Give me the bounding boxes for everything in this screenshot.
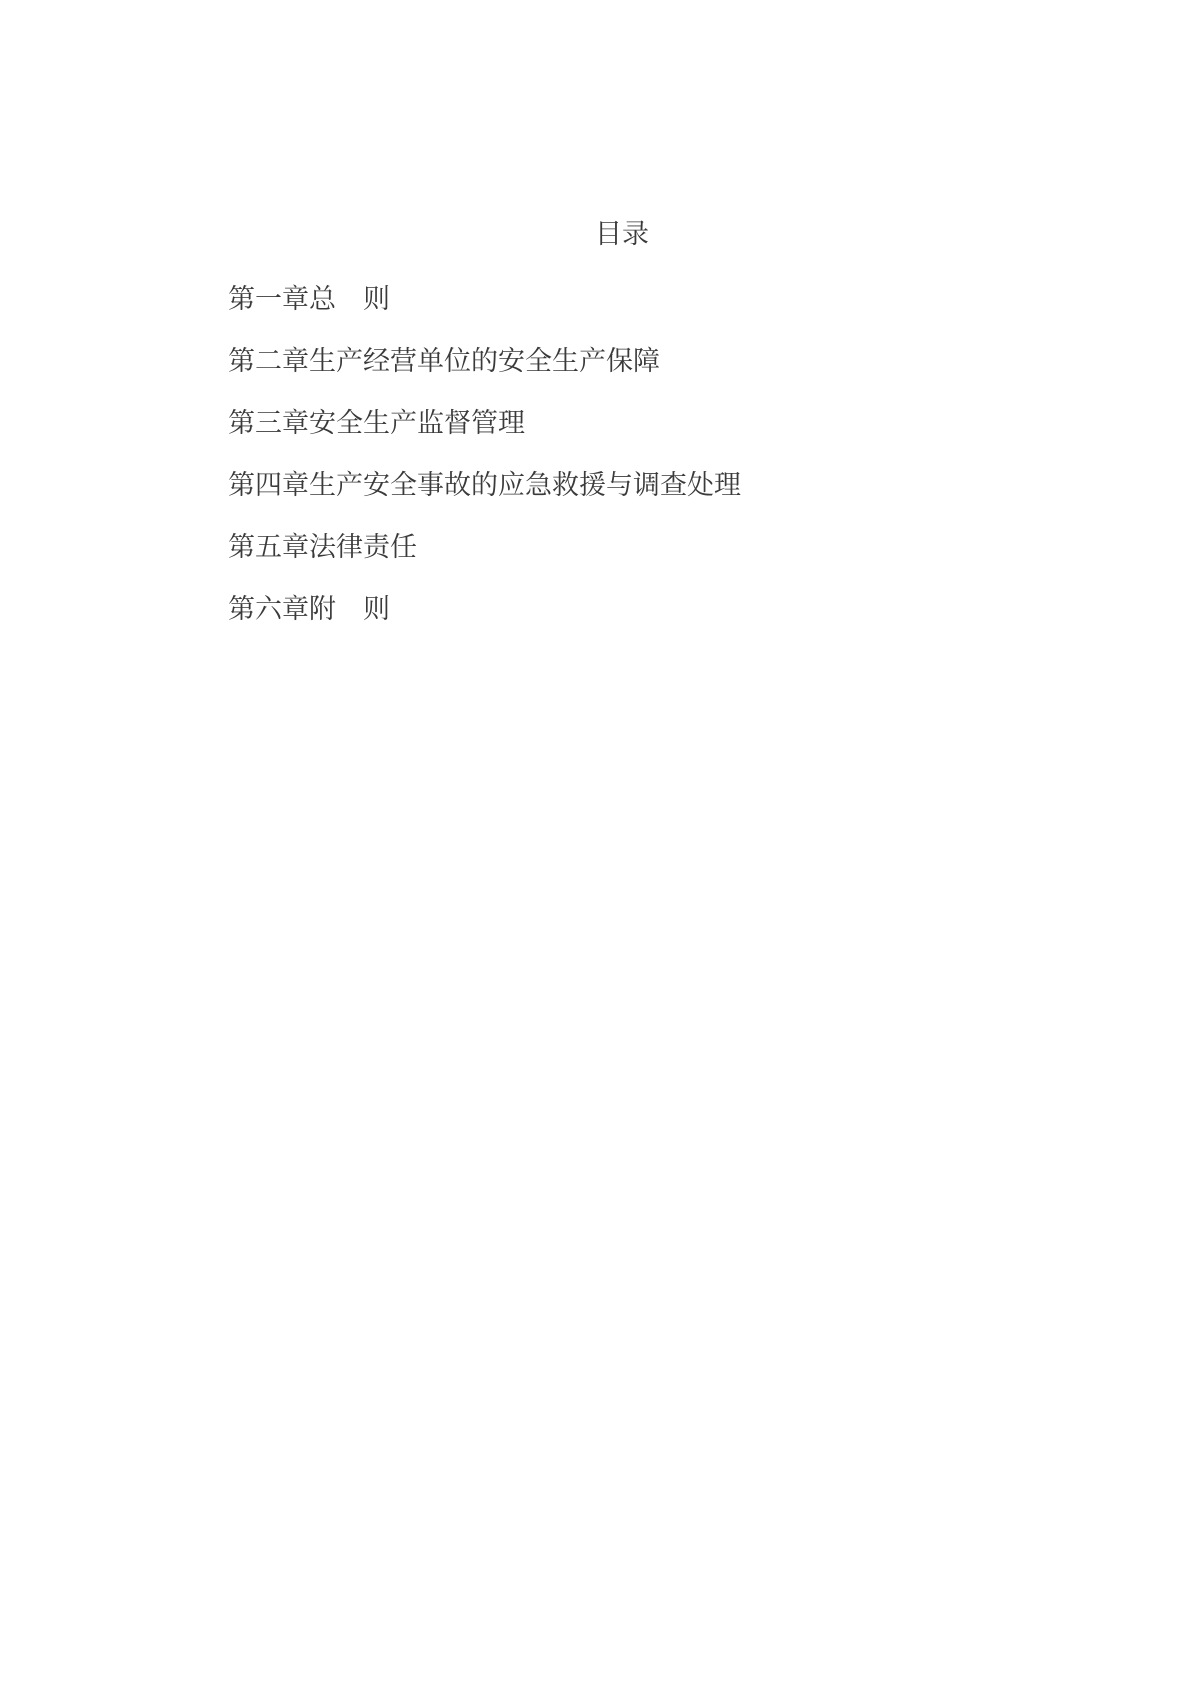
toc-item-chapter-3: 第三章安全生产监督管理 <box>228 410 1016 437</box>
toc-item-chapter-1: 第一章总 则 <box>228 286 1016 313</box>
toc-item-chapter-2: 第二章生产经营单位的安全生产保障 <box>228 348 1016 375</box>
toc-item-chapter-5: 第五章法律责任 <box>228 534 1016 561</box>
table-of-contents: 第一章总 则 第二章生产经营单位的安全生产保障 第三章安全生产监督管理 第四章生… <box>228 286 1016 658</box>
document-page: 目录 第一章总 则 第二章生产经营单位的安全生产保障 第三章安全生产监督管理 第… <box>0 0 1190 1683</box>
toc-item-chapter-4: 第四章生产安全事故的应急救援与调查处理 <box>228 472 1016 499</box>
toc-item-chapter-6: 第六章附 则 <box>228 596 1016 623</box>
page-title: 目录 <box>228 219 1016 249</box>
